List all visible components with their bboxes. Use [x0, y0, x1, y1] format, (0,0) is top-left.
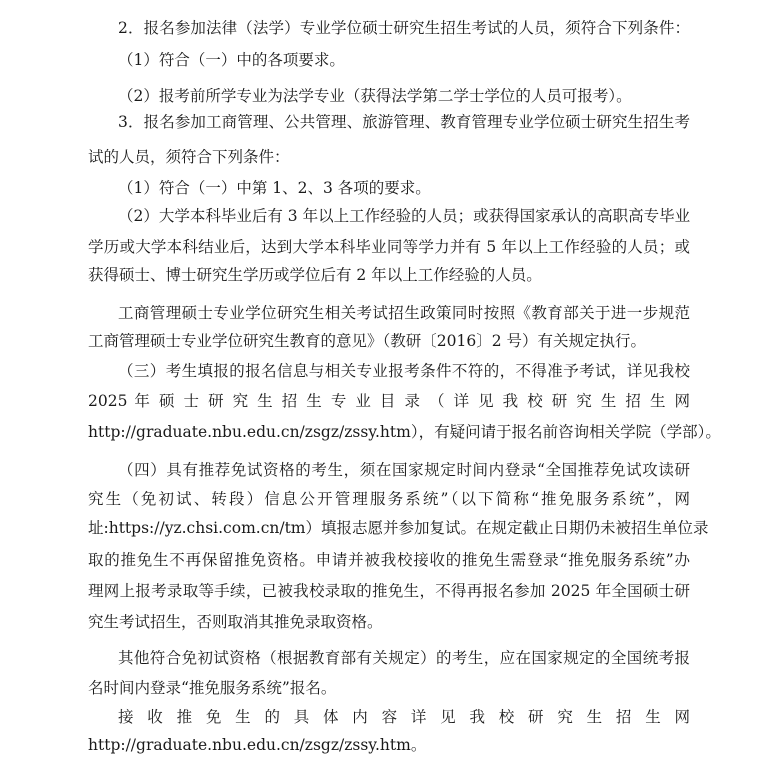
mba-policy-paragraph-cont: 工商管理硕士专业学位研究生教育的意见》（教研〔2016〕2 号）有关规定执行。: [88, 330, 690, 352]
management-condition-1: （1）符合（一）中第 1、2、3 各项的要求。: [118, 177, 690, 199]
other-exemption-paragraph-cont: 名时间内登录“推免服务系统”报名。: [88, 677, 690, 699]
section-3-paragraph-cont-1: 2025 年 硕 士 研 究 生 招 生 专 业 目 录 （ 详 见 我 校 研…: [88, 390, 690, 412]
section-4-paragraph-cont-4: 理网上报考录取等手续，已被我校录取的推免生，不得再报名参加 2025 年全国硕士…: [88, 580, 690, 602]
law-condition-1: （1）符合（一）中的各项要求。: [118, 49, 690, 71]
management-condition-2-cont-2: 获得硕士、博士研究生学历或学位后有 2 年以上工作经验的人员。: [88, 264, 690, 286]
item-3-management-heading-cont: 试的人员，须符合下列条件：: [88, 146, 690, 168]
management-condition-2: （2）大学本科毕业后有 3 年以上工作经验的人员；或获得国家承认的高职高专毕业: [118, 205, 690, 227]
other-exemption-paragraph: 其他符合免初试资格（根据教育部有关规定）的考生，应在国家规定的全国统考报: [118, 647, 690, 669]
recommended-students-paragraph: 接 收 推 免 生 的 具 体 内 容 详 见 我 校 研 究 生 招 生 网: [118, 706, 690, 728]
section-3-paragraph-cont-2: http://graduate.nbu.edu.cn/zsgz/zssy.htm…: [88, 421, 690, 443]
section-4-paragraph: （四）具有推荐免试资格的考生，须在国家规定时间内登录“全国推荐免试攻读研: [118, 459, 690, 481]
section-4-paragraph-cont-5: 究生考试招生，否则取消其推免录取资格。: [88, 611, 690, 633]
management-condition-2-cont-1: 学历或大学本科结业后，达到大学本科毕业同等学力并有 5 年以上工作经验的人员；或: [88, 236, 690, 258]
document-page: 2．报名参加法律（法学）专业学位硕士研究生招生考试的人员，须符合下列条件： （1…: [0, 0, 780, 783]
section-4-paragraph-cont-1: 究生（免初试、转段）信息公开管理服务系统”（以下简称“推免服务系统”，网: [88, 488, 690, 510]
mba-policy-paragraph: 工商管理硕士专业学位研究生相关考试招生政策同时按照《教育部关于进一步规范: [118, 302, 690, 324]
section-4-paragraph-cont-3: 取的推免生不再保留推免资格。申请并被我校接收的推免生需登录“推免服务系统”办: [88, 549, 690, 571]
item-2-law-heading: 2．报名参加法律（法学）专业学位硕士研究生招生考试的人员，须符合下列条件：: [118, 17, 690, 39]
item-3-management-heading: 3．报名参加工商管理、公共管理、旅游管理、教育管理专业学位硕士研究生招生考: [118, 111, 690, 133]
recommended-students-url: http://graduate.nbu.edu.cn/zsgz/zssy.htm…: [88, 734, 690, 756]
section-4-paragraph-cont-2: 址:https://yz.chsi.com.cn/tm）填报志愿并参加复试。在规…: [88, 517, 690, 539]
law-condition-2: （2）报考前所学专业为法学专业（获得法学第二学士学位的人员可报考）。: [118, 85, 690, 107]
section-3-paragraph: （三）考生填报的报名信息与相关专业报考条件不符的，不得准予考试，详见我校: [118, 360, 690, 382]
